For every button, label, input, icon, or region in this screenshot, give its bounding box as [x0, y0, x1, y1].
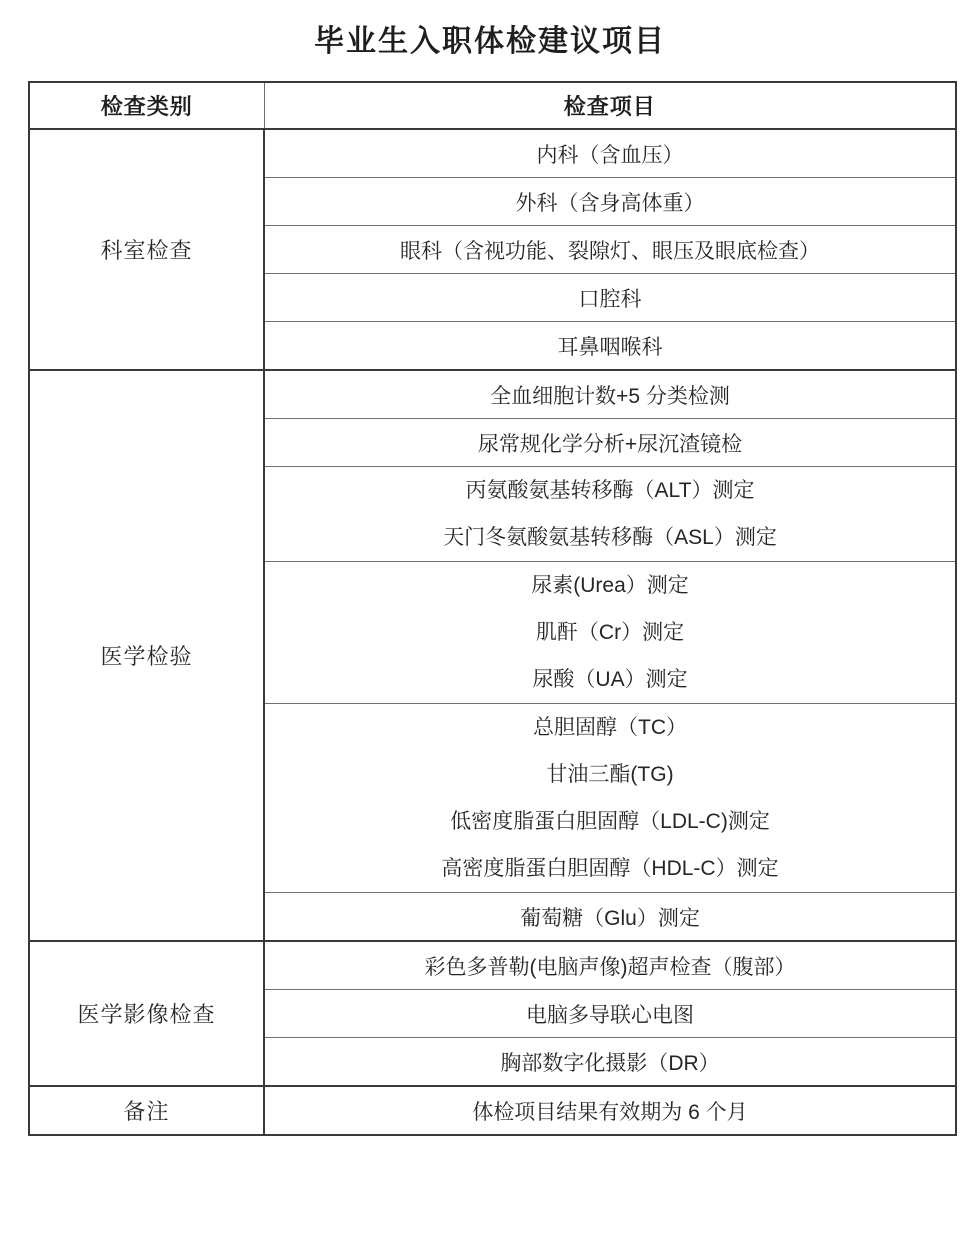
- header-row: 检查类别 检查项目: [29, 82, 956, 129]
- item-cell-internal-medicine: 内科（含血压）: [264, 129, 956, 178]
- item-line-tg: 甘油三酯(TG): [265, 751, 955, 798]
- item-line-hdl-c: 高密度脂蛋白胆固醇（HDL-C）测定: [265, 845, 955, 892]
- table-row: 备注 体检项目结果有效期为 6 个月: [29, 1086, 956, 1135]
- item-line-urea: 尿素(Urea）测定: [265, 562, 955, 609]
- page-title: 毕业生入职体检建议项目: [0, 16, 980, 60]
- item-line-alt: 丙氨酸氨基转移酶（ALT）测定: [265, 467, 955, 514]
- table-row: 医学影像检查 彩色多普勒(电脑声像)超声检查（腹部）: [29, 941, 956, 990]
- item-cell-ophthalmology: 眼科（含视功能、裂隙灯、眼压及眼底检查）: [264, 226, 956, 274]
- item-line-tc: 总胆固醇（TC）: [265, 704, 955, 751]
- item-cell-ecg: 电脑多导联心电图: [264, 990, 956, 1038]
- category-cell-department-checks: 科室检查: [29, 129, 264, 370]
- document-page: 毕业生入职体检建议项目 检查类别 检查项目 科室检查 内科（含血压） 外科（含身…: [0, 0, 980, 1239]
- item-cell-ent: 耳鼻咽喉科: [264, 322, 956, 371]
- category-cell-lab-tests: 医学检验: [29, 370, 264, 941]
- item-cell-surgery: 外科（含身高体重）: [264, 178, 956, 226]
- table-row: 科室检查 内科（含血压）: [29, 129, 956, 178]
- item-cell-ultrasound: 彩色多普勒(电脑声像)超声检查（腹部）: [264, 941, 956, 990]
- category-cell-remarks: 备注: [29, 1086, 264, 1135]
- item-cell-blood-count: 全血细胞计数+5 分类检测: [264, 370, 956, 419]
- table-row: 医学检验 全血细胞计数+5 分类检测: [29, 370, 956, 419]
- item-cell-validity-note: 体检项目结果有效期为 6 个月: [264, 1086, 956, 1135]
- column-header-category: 检查类别: [29, 82, 264, 129]
- item-cell-renal-function: 尿素(Urea）测定 肌酐（Cr）测定 尿酸（UA）测定: [264, 562, 956, 704]
- item-cell-glucose: 葡萄糖（Glu）测定: [264, 893, 956, 942]
- item-cell-urinalysis: 尿常规化学分析+尿沉渣镜检: [264, 419, 956, 467]
- item-line-asl: 天门冬氨酸氨基转移酶（ASL）测定: [265, 514, 955, 561]
- column-header-items: 检查项目: [264, 82, 956, 129]
- category-cell-imaging: 医学影像检查: [29, 941, 264, 1086]
- item-cell-transaminase: 丙氨酸氨基转移酶（ALT）测定 天门冬氨酸氨基转移酶（ASL）测定: [264, 467, 956, 562]
- item-cell-chest-dr: 胸部数字化摄影（DR）: [264, 1038, 956, 1087]
- item-line-uric-acid: 尿酸（UA）测定: [265, 656, 955, 703]
- item-line-creatinine: 肌酐（Cr）测定: [265, 609, 955, 656]
- exam-items-table: 检查类别 检查项目 科室检查 内科（含血压） 外科（含身高体重） 眼科（含视功能…: [28, 81, 957, 1136]
- item-line-ldl-c: 低密度脂蛋白胆固醇（LDL-C)测定: [265, 798, 955, 845]
- item-cell-dental: 口腔科: [264, 274, 956, 322]
- item-cell-lipids: 总胆固醇（TC） 甘油三酯(TG) 低密度脂蛋白胆固醇（LDL-C)测定 高密度…: [264, 704, 956, 893]
